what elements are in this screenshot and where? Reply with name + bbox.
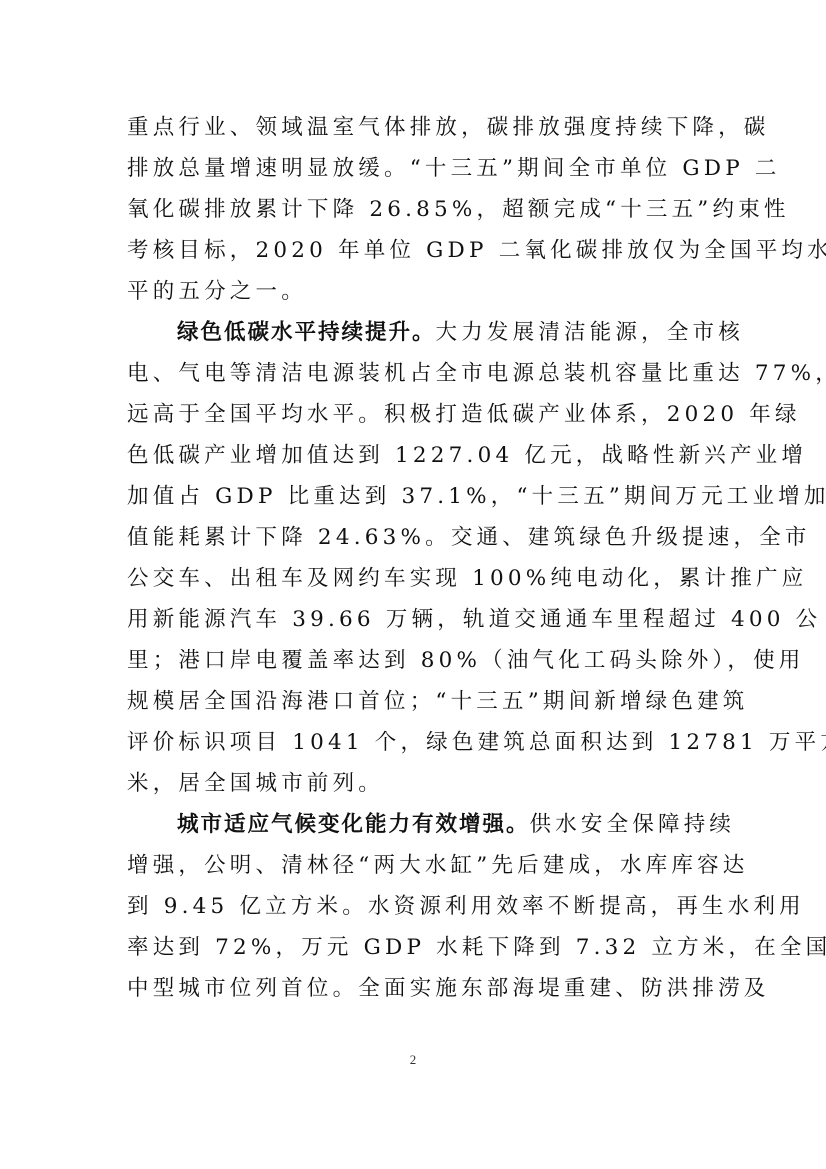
text-line: 电、气电等清洁电源装机占全市电源总装机容量比重达 77%， (127, 353, 723, 394)
text-line: 里；港口岸电覆盖率达到 80%（油气化工码头除外），使用 (127, 640, 723, 681)
paragraph-heading: 城市适应气候变化能力有效增强。 (177, 812, 530, 837)
text-line: 增强，公明、清林径“两大水缸”先后建成，水库库容达 (127, 845, 723, 886)
text-line: 中型城市位列首位。全面实施东部海堤重建、防洪排涝及 (127, 968, 723, 1009)
paragraph-heading: 绿色低碳水平持续提升。 (177, 320, 436, 345)
text-line: 用新能源汽车 39.66 万辆，轨道交通通车里程超过 400 公 (127, 599, 723, 640)
text-line: 评价标识项目 1041 个，绿色建筑总面积达到 12781 万平方 (127, 722, 723, 763)
text-line: 氧化碳排放累计下降 26.85%，超额完成“十三五”约束性 (127, 189, 723, 230)
text-line: 远高于全国平均水平。积极打造低碳产业体系，2020 年绿 (127, 394, 723, 435)
text-span: 供水安全保障持续 (530, 812, 736, 837)
body-text: 重点行业、领域温室气体排放，碳排放强度持续下降，碳 排放总量增速明显放缓。“十三… (127, 107, 723, 1009)
text-line: 加值占 GDP 比重达到 37.1%，“十三五”期间万元工业增加 (127, 476, 723, 517)
text-line: 色低碳产业增加值达到 1227.04 亿元，战略性新兴产业增 (127, 435, 723, 476)
paragraph-first-line: 城市适应气候变化能力有效增强。供水安全保障持续 (127, 804, 723, 845)
text-line: 重点行业、领域温室气体排放，碳排放强度持续下降，碳 (127, 107, 723, 148)
text-line: 率达到 72%，万元 GDP 水耗下降到 7.32 立方米，在全国大 (127, 927, 723, 968)
text-line: 规模居全国沿海港口首位；“十三五”期间新增绿色建筑 (127, 681, 723, 722)
text-line: 考核目标，2020 年单位 GDP 二氧化碳排放仅为全国平均水 (127, 230, 723, 271)
text-line: 值能耗累计下降 24.63%。交通、建筑绿色升级提速，全市 (127, 517, 723, 558)
text-line: 到 9.45 亿立方米。水资源利用效率不断提高，再生水利用 (127, 886, 723, 927)
text-line: 米，居全国城市前列。 (127, 763, 723, 804)
page-number: 2 (0, 1052, 826, 1068)
text-line: 公交车、出租车及网约车实现 100%纯电动化，累计推广应 (127, 558, 723, 599)
paragraph-first-line: 绿色低碳水平持续提升。大力发展清洁能源，全市核 (127, 312, 723, 353)
text-line: 平的五分之一。 (127, 271, 723, 312)
text-span: 大力发展清洁能源，全市核 (436, 320, 744, 345)
document-page: 重点行业、领域温室气体排放，碳排放强度持续下降，碳 排放总量增速明显放缓。“十三… (0, 0, 826, 1169)
text-line: 排放总量增速明显放缓。“十三五”期间全市单位 GDP 二 (127, 148, 723, 189)
